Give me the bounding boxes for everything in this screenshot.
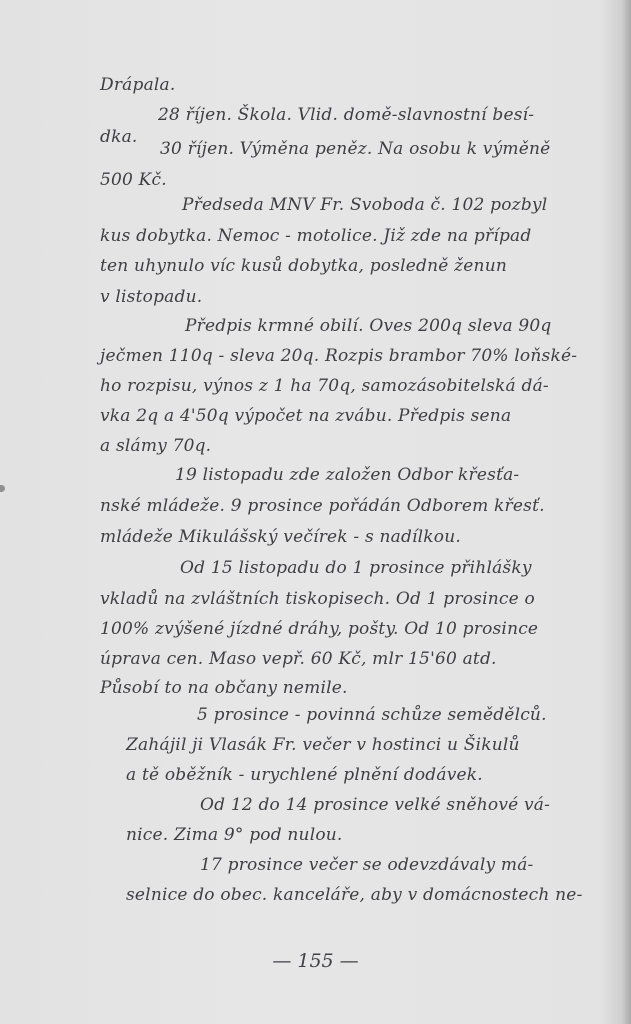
handwritten-line: ječmen 110q - sleva 20q. Rozpis brambor … — [100, 346, 577, 366]
handwritten-line: dka. — [100, 127, 138, 147]
handwritten-line: úprava cen. Maso vepř. 60 Kč, mlr 15'60 … — [100, 649, 497, 669]
handwritten-line: Zahájil ji Vlasák Fr. večer v hostinci u… — [126, 735, 520, 755]
chronicle-page: Drápala.28 říjen. Škola. Vlid. domě-slav… — [0, 0, 631, 1024]
handwritten-line: mládeže Mikulášský večírek - s nadílkou. — [100, 527, 461, 547]
handwritten-line: Od 15 listopadu do 1 prosince přihlášky — [180, 558, 532, 578]
page-number: — 155 — — [0, 950, 631, 972]
handwritten-line: 30 říjen. Výměna peněz. Na osobu k výměn… — [160, 139, 550, 159]
handwritten-line: Předseda MNV Fr. Svoboda č. 102 pozbyl — [182, 195, 547, 215]
handwritten-line: Působí to na občany nemile. — [100, 678, 348, 698]
handwritten-line: vka 2q a 4'50q výpočet na zvábu. Předpis… — [100, 406, 511, 426]
handwritten-line: a slámy 70q. — [100, 436, 211, 456]
handwritten-line: ten uhynulo víc kusů dobytka, posledně ž… — [100, 256, 507, 276]
handwritten-line: v listopadu. — [100, 287, 202, 307]
handwritten-line: a tě oběžník - urychlené plnění dodávek. — [126, 765, 483, 785]
handwritten-line: 28 říjen. Škola. Vlid. domě-slavnostní b… — [158, 105, 534, 125]
handwritten-line: selnice do obec. kanceláře, aby v domácn… — [126, 885, 583, 905]
handwritten-line: Drápala. — [100, 75, 176, 95]
binding-hole-mark — [0, 485, 5, 492]
handwritten-line: 500 Kč. — [100, 170, 167, 190]
handwritten-line: nské mládeže. 9 prosince pořádán Odborem… — [100, 496, 545, 516]
handwritten-line: nice. Zima 9° pod nulou. — [126, 825, 343, 845]
handwritten-line: Od 12 do 14 prosince velké sněhové vá- — [200, 795, 550, 815]
handwritten-line: 5 prosince - povinná schůze semědělců. — [197, 705, 547, 725]
handwritten-line: Předpis krmné obilí. Oves 200q sleva 90q — [185, 316, 552, 336]
handwritten-line: 17 prosince večer se odevzdávaly má- — [200, 855, 533, 875]
handwritten-line: 19 listopadu zde založen Odbor křesťa- — [175, 465, 519, 485]
handwritten-line: 100% zvýšené jízdné dráhy, pošty. Od 10 … — [100, 619, 538, 639]
handwritten-line: vkladů na zvláštních tiskopisech. Od 1 p… — [100, 589, 535, 609]
handwritten-line: ho rozpisu, výnos z 1 ha 70q, samozásobi… — [100, 376, 549, 396]
handwritten-line: kus dobytka. Nemoc - motolice. Již zde n… — [100, 226, 531, 246]
